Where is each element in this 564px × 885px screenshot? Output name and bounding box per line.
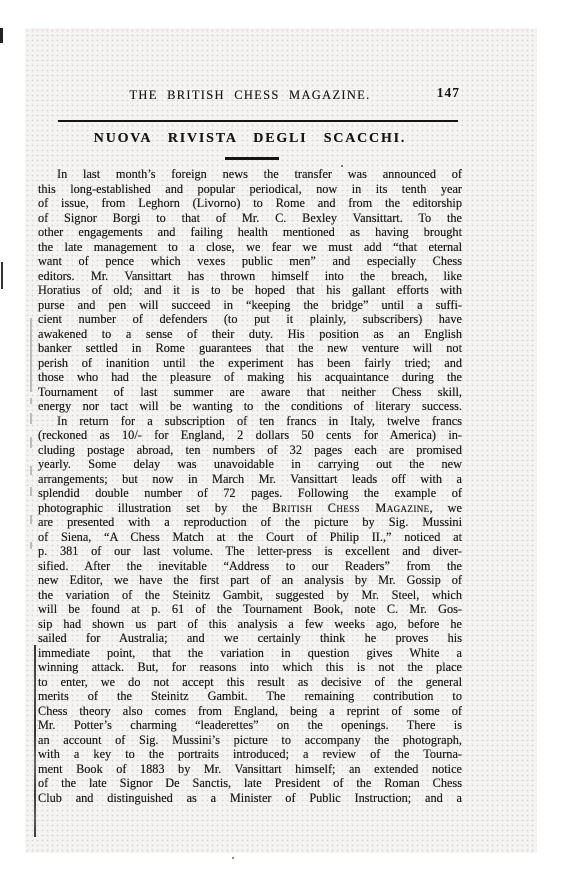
article-body: In last month’s foreign news the transfe… <box>38 167 462 805</box>
scan-line-artifact <box>30 542 32 549</box>
text-line: awakened to a sense of their duty. His p… <box>38 327 462 342</box>
text-line: of the late Signor De Sanctis, late Pres… <box>38 776 462 791</box>
text-line: winning attack. But, for reasons into wh… <box>38 660 462 675</box>
text-line: perish of inanition until the experiment… <box>38 356 462 371</box>
text-line: of Siena, “A Chess Match at the Court of… <box>38 530 462 545</box>
header-rule <box>58 120 458 122</box>
text-line: Horatius of old; and it is to be hoped t… <box>38 283 462 298</box>
text-line: banker settled in Rome guarantees that t… <box>38 341 462 356</box>
scan-line-artifact <box>30 466 32 475</box>
scan-line-artifact <box>34 645 36 837</box>
text-line: In last month’s foreign news the transfe… <box>38 167 462 182</box>
running-header: THE BRITISH CHESS MAGAZINE. 147 <box>38 86 462 104</box>
text-line: of Signor Borgi to that of Mr. C. Bexley… <box>38 211 462 226</box>
smallcaps-phrase: British Chess Magazine <box>272 501 429 515</box>
text-line: energy nor tact will be wanting to the c… <box>38 399 462 414</box>
text-line: the late management to a close, we fear … <box>38 240 462 255</box>
text-line: purse and pen will succeed in “keeping t… <box>38 298 462 313</box>
scan-line-artifact <box>30 437 32 448</box>
text-line: arrangements; but now in March Mr. Vansi… <box>38 472 462 487</box>
text-line: new Editor, we have the first part of an… <box>38 573 462 588</box>
text-line: cient number of defenders (to put it pla… <box>38 312 462 327</box>
text-line: will be found at p. 61 of the Tournament… <box>38 602 462 617</box>
scan-line-artifact <box>30 413 32 424</box>
text-line: Club and distinguished as a Minister of … <box>38 791 462 806</box>
text-line: p. 381 of our last volume. The letter-pr… <box>38 544 462 559</box>
text-line: photographic illustration set by the Bri… <box>38 501 462 516</box>
scan-line-artifact <box>30 515 32 524</box>
text-line: cluding postage abroad, ten numbers of 3… <box>38 443 462 458</box>
text-line: this long-established and popular period… <box>38 182 462 197</box>
text-line: want of pence which vexes public men” an… <box>38 254 462 269</box>
text-line: Chess theory also comes from England, be… <box>38 704 462 719</box>
title-rule <box>225 157 279 160</box>
scan-edge-artifact <box>1 262 3 289</box>
scan-edge-artifact <box>0 28 3 43</box>
journal-title: THE BRITISH CHESS MAGAZINE. <box>129 88 370 102</box>
text-line: those who had the pleasure of making his… <box>38 370 462 385</box>
text-line: sip had shown us part of this analysis a… <box>38 617 462 632</box>
text-line: ment Book of 1883 by Mr. Vansittart hims… <box>38 762 462 777</box>
scan-speck-artifact <box>232 857 234 859</box>
text-line: Tournament of last summer are aware that… <box>38 385 462 400</box>
text-line: merits of the Steinitz Gambit. The remai… <box>38 689 462 704</box>
text-line: editors. Mr. Vansittart has thrown himse… <box>38 269 462 284</box>
text-line: to enter, we do not accept this result a… <box>38 675 462 690</box>
text-line: immediate point, that the variation in q… <box>38 646 462 661</box>
page-number: 147 <box>437 85 460 101</box>
text-line: an account of Sig. Mussini’s picture to … <box>38 733 462 748</box>
scan-line-artifact <box>30 398 32 404</box>
text-line: other engagements and failing health men… <box>38 225 462 240</box>
page-scan-area: THE BRITISH CHESS MAGAZINE. 147 NUOVA RI… <box>25 28 537 853</box>
text-line: sified. After the inevitable “Address to… <box>38 559 462 574</box>
text-line: sailed for Australia; and we certainly t… <box>38 631 462 646</box>
text-line: are presented with a reproduction of the… <box>38 515 462 530</box>
text-line: splendid double number of 72 pages. Foll… <box>38 486 462 501</box>
text-line: with a key to the portraits introduced; … <box>38 747 462 762</box>
scanned-page: THE BRITISH CHESS MAGAZINE. 147 NUOVA RI… <box>0 0 564 885</box>
scan-line-artifact <box>30 487 32 496</box>
text-line: In return for a subscription of ten fran… <box>38 414 462 429</box>
text-line: of issue, from Leghorn (Livorno) to Rome… <box>38 196 462 211</box>
text-line: yearly. Some delay was unavoidable in ca… <box>38 457 462 472</box>
scan-line-artifact <box>30 318 32 392</box>
article-title: NUOVA RIVISTA DEGLI SCACCHI. <box>38 131 462 147</box>
text-line: the variation of the Steinitz Gambit, su… <box>38 588 462 603</box>
text-line: (reckoned as 10/- for England, 2 dollars… <box>38 428 462 443</box>
text-line: Mr. Potter’s charming “leaderettes” on t… <box>38 718 462 733</box>
